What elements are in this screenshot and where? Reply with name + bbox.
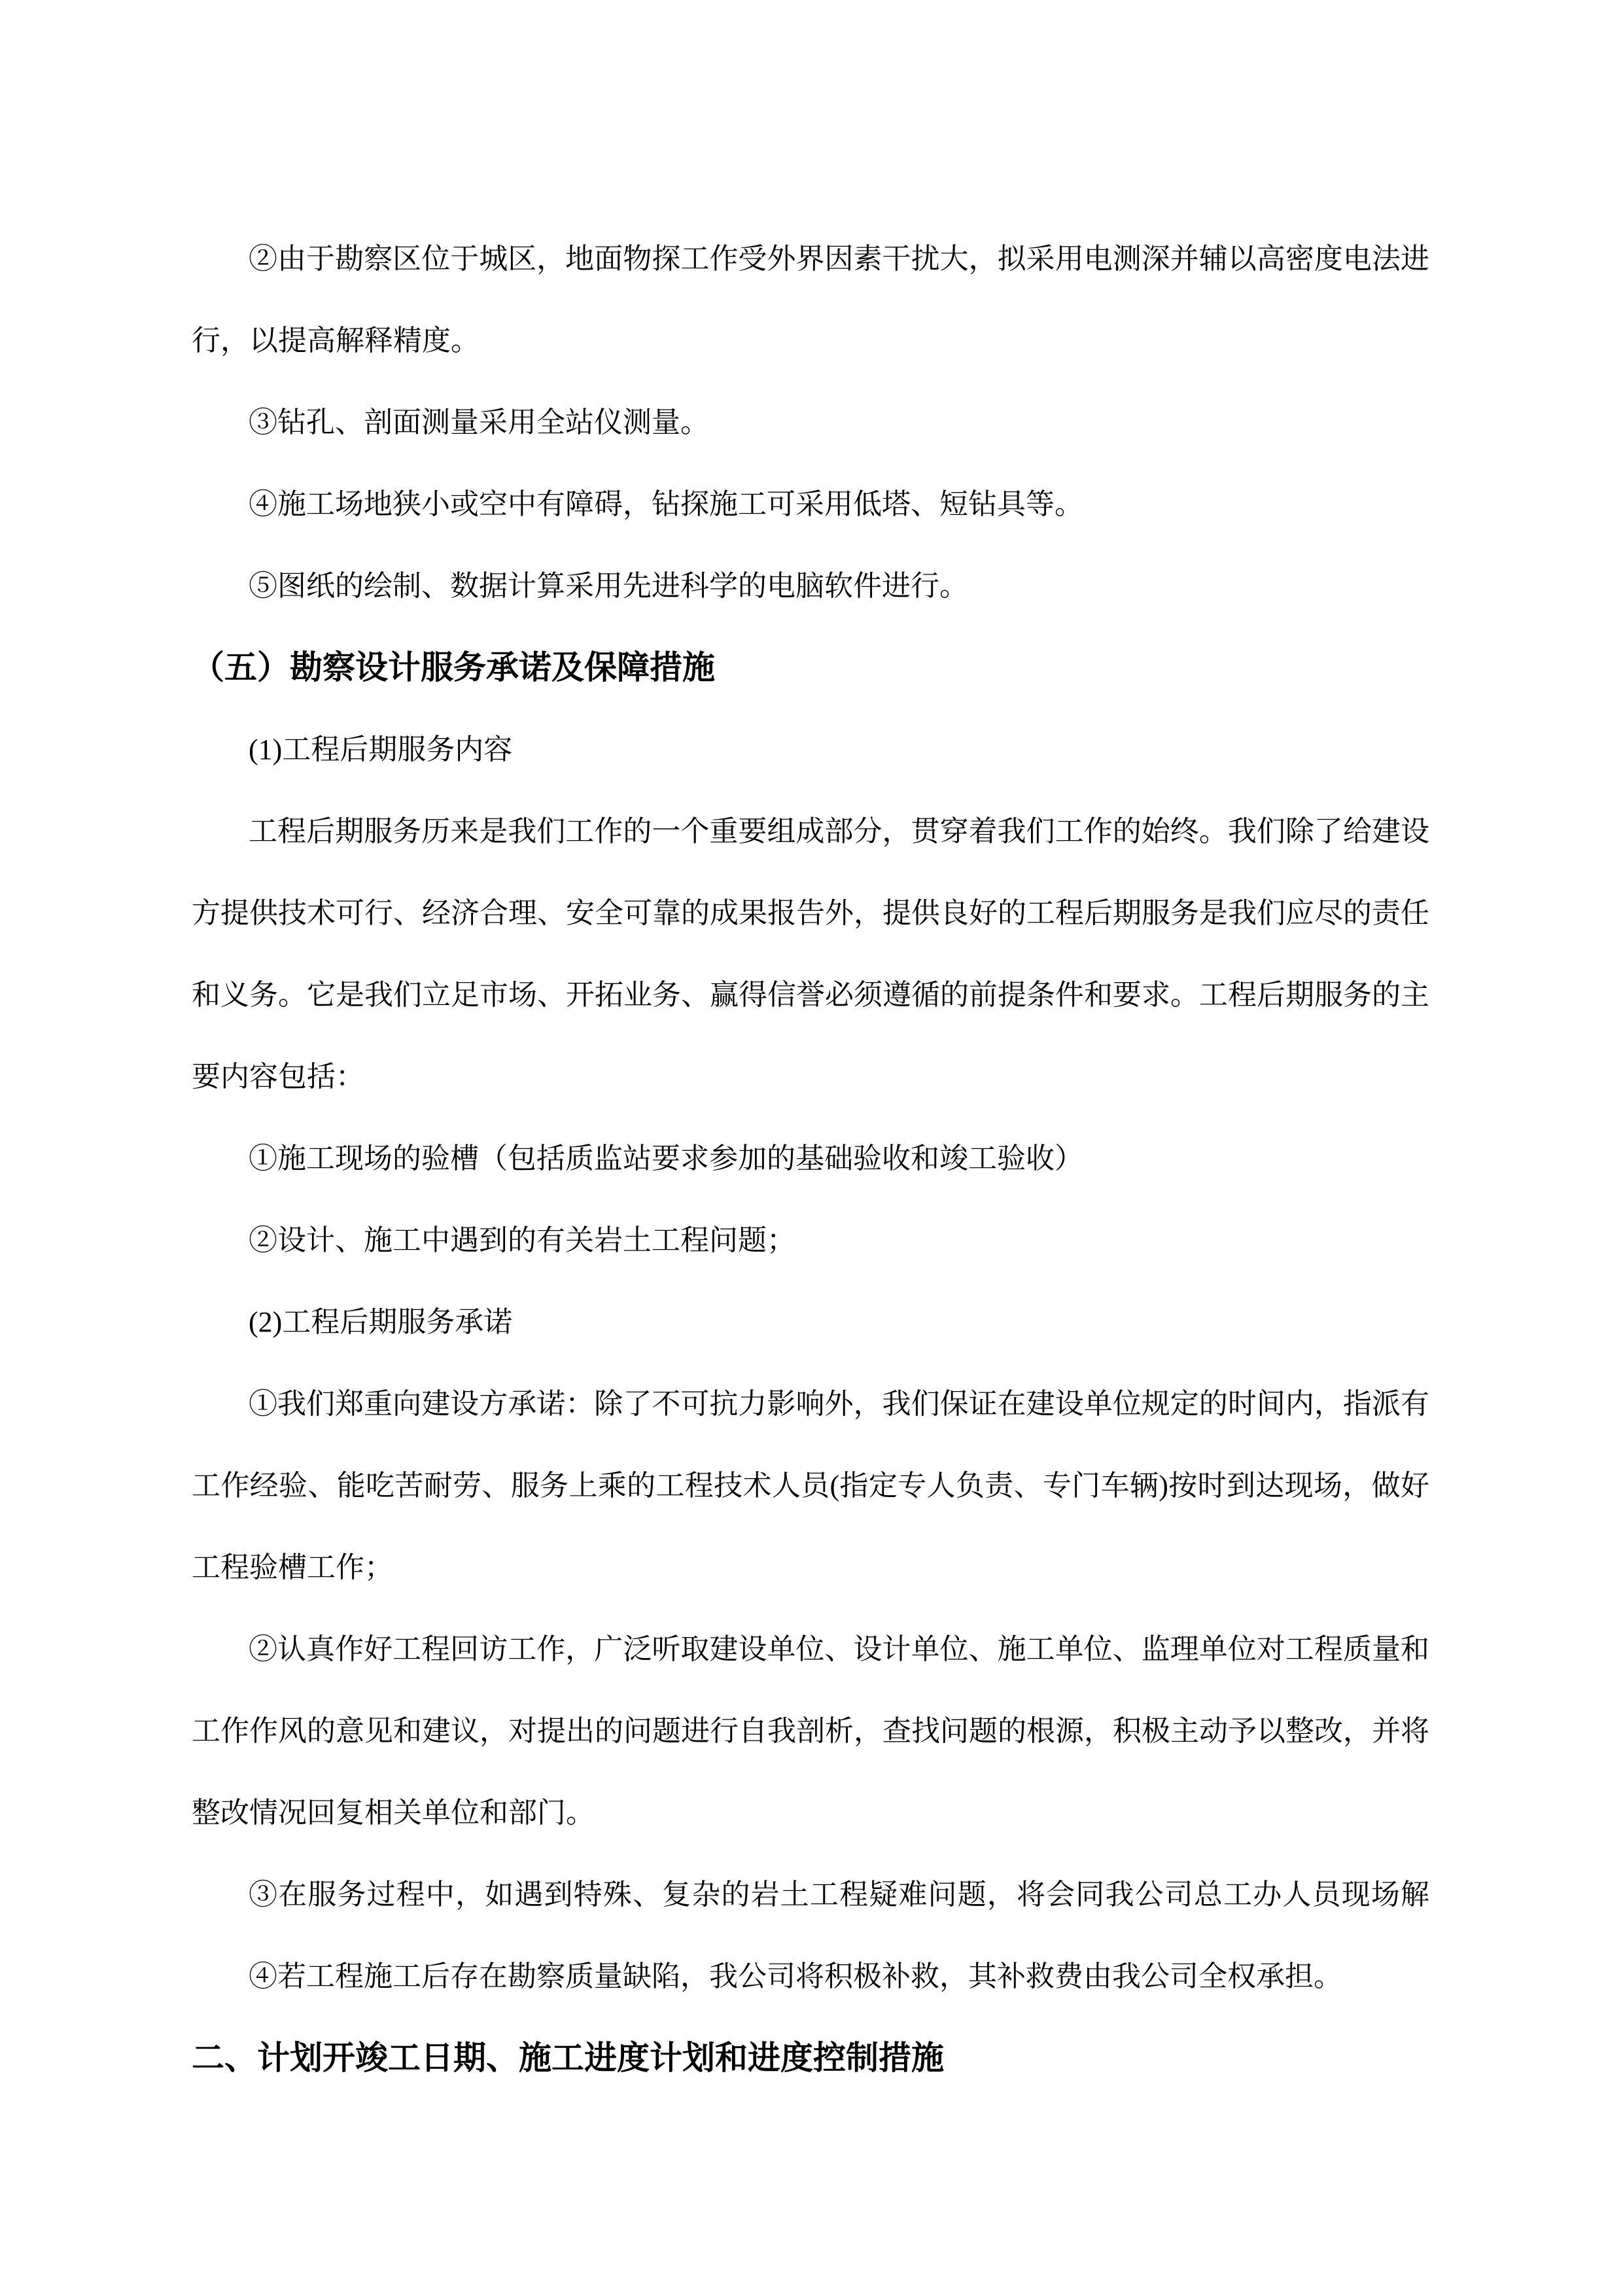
paragraph-line: ②由于勘察区位于城区，地面物探工作受外界因素干扰大，拟采用电测深并辅以高密度电法… — [192, 218, 1429, 300]
paragraph-line: 要内容包括： — [192, 1036, 1429, 1118]
paragraph-line: ③在服务过程中，如遇到特殊、复杂的岩土工程疑难问题，将会同我公司总工办人员现场解… — [192, 1854, 1429, 1935]
paragraph-line: ④若工程施工后存在勘察质量缺陷，我公司将积极补救，其补救费由我公司全权承担。 — [192, 1935, 1429, 2017]
paragraph-line: 整改情况回复相关单位和部门。 — [192, 1772, 1429, 1854]
paragraph-line: ⑤图纸的绘制、数据计算采用先进科学的电脑软件进行。 — [192, 545, 1429, 627]
paragraph-line: 方提供技术可行、经济合理、安全可靠的成果报告外，提供良好的工程后期服务是我们应尽… — [192, 872, 1429, 954]
paragraph-line: 工作经验、能吃苦耐劳、服务上乘的工程技术人员(指定专人负责、专门车辆)按时到达现… — [192, 1445, 1429, 1527]
section-heading-two: 二、计划开竣工日期、施工进度计划和进度控制措施 — [192, 2017, 1429, 2099]
paragraph-line: 工程后期服务历来是我们工作的一个重要组成部分，贯穿着我们工作的始终。我们除了给建… — [192, 790, 1429, 872]
paragraph-line: 和义务。它是我们立足市场、开拓业务、赢得信誉必须遵循的前提条件和要求。工程后期服… — [192, 954, 1429, 1036]
subsection-title: (1)工程后期服务内容 — [192, 709, 1429, 790]
paragraph-line: ②设计、施工中遇到的有关岩土工程问题； — [192, 1199, 1429, 1281]
paragraph-line: ②认真作好工程回访工作，广泛听取建设单位、设计单位、施工单位、监理单位对工程质量… — [192, 1608, 1429, 1690]
paragraph-line: 工程验槽工作； — [192, 1527, 1429, 1608]
paragraph-line: ①我们郑重向建设方承诺：除了不可抗力影响外，我们保证在建设单位规定的时间内，指派… — [192, 1363, 1429, 1445]
paragraph-line: 行，以提高解释精度。 — [192, 300, 1429, 381]
paragraph-line: 工作作风的意见和建议，对提出的问题进行自我剖析，查找问题的根源，积极主动予以整改… — [192, 1690, 1429, 1772]
document-text-block: ②由于勘察区位于城区，地面物探工作受外界因素干扰大，拟采用电测深并辅以高密度电法… — [192, 218, 1429, 2099]
paragraph-line: ④施工场地狭小或空中有障碍，钻探施工可采用低塔、短钻具等。 — [192, 463, 1429, 545]
paragraph-line: ③钻孔、剖面测量采用全站仪测量。 — [192, 381, 1429, 463]
document-page: ②由于勘察区位于城区，地面物探工作受外界因素干扰大，拟采用电测深并辅以高密度电法… — [0, 0, 1623, 2296]
subsection-title: (2)工程后期服务承诺 — [192, 1281, 1429, 1363]
section-heading-five: （五）勘察设计服务承诺及保障措施 — [192, 627, 1429, 709]
paragraph-line: ①施工现场的验槽（包括质监站要求参加的基础验收和竣工验收） — [192, 1118, 1429, 1199]
